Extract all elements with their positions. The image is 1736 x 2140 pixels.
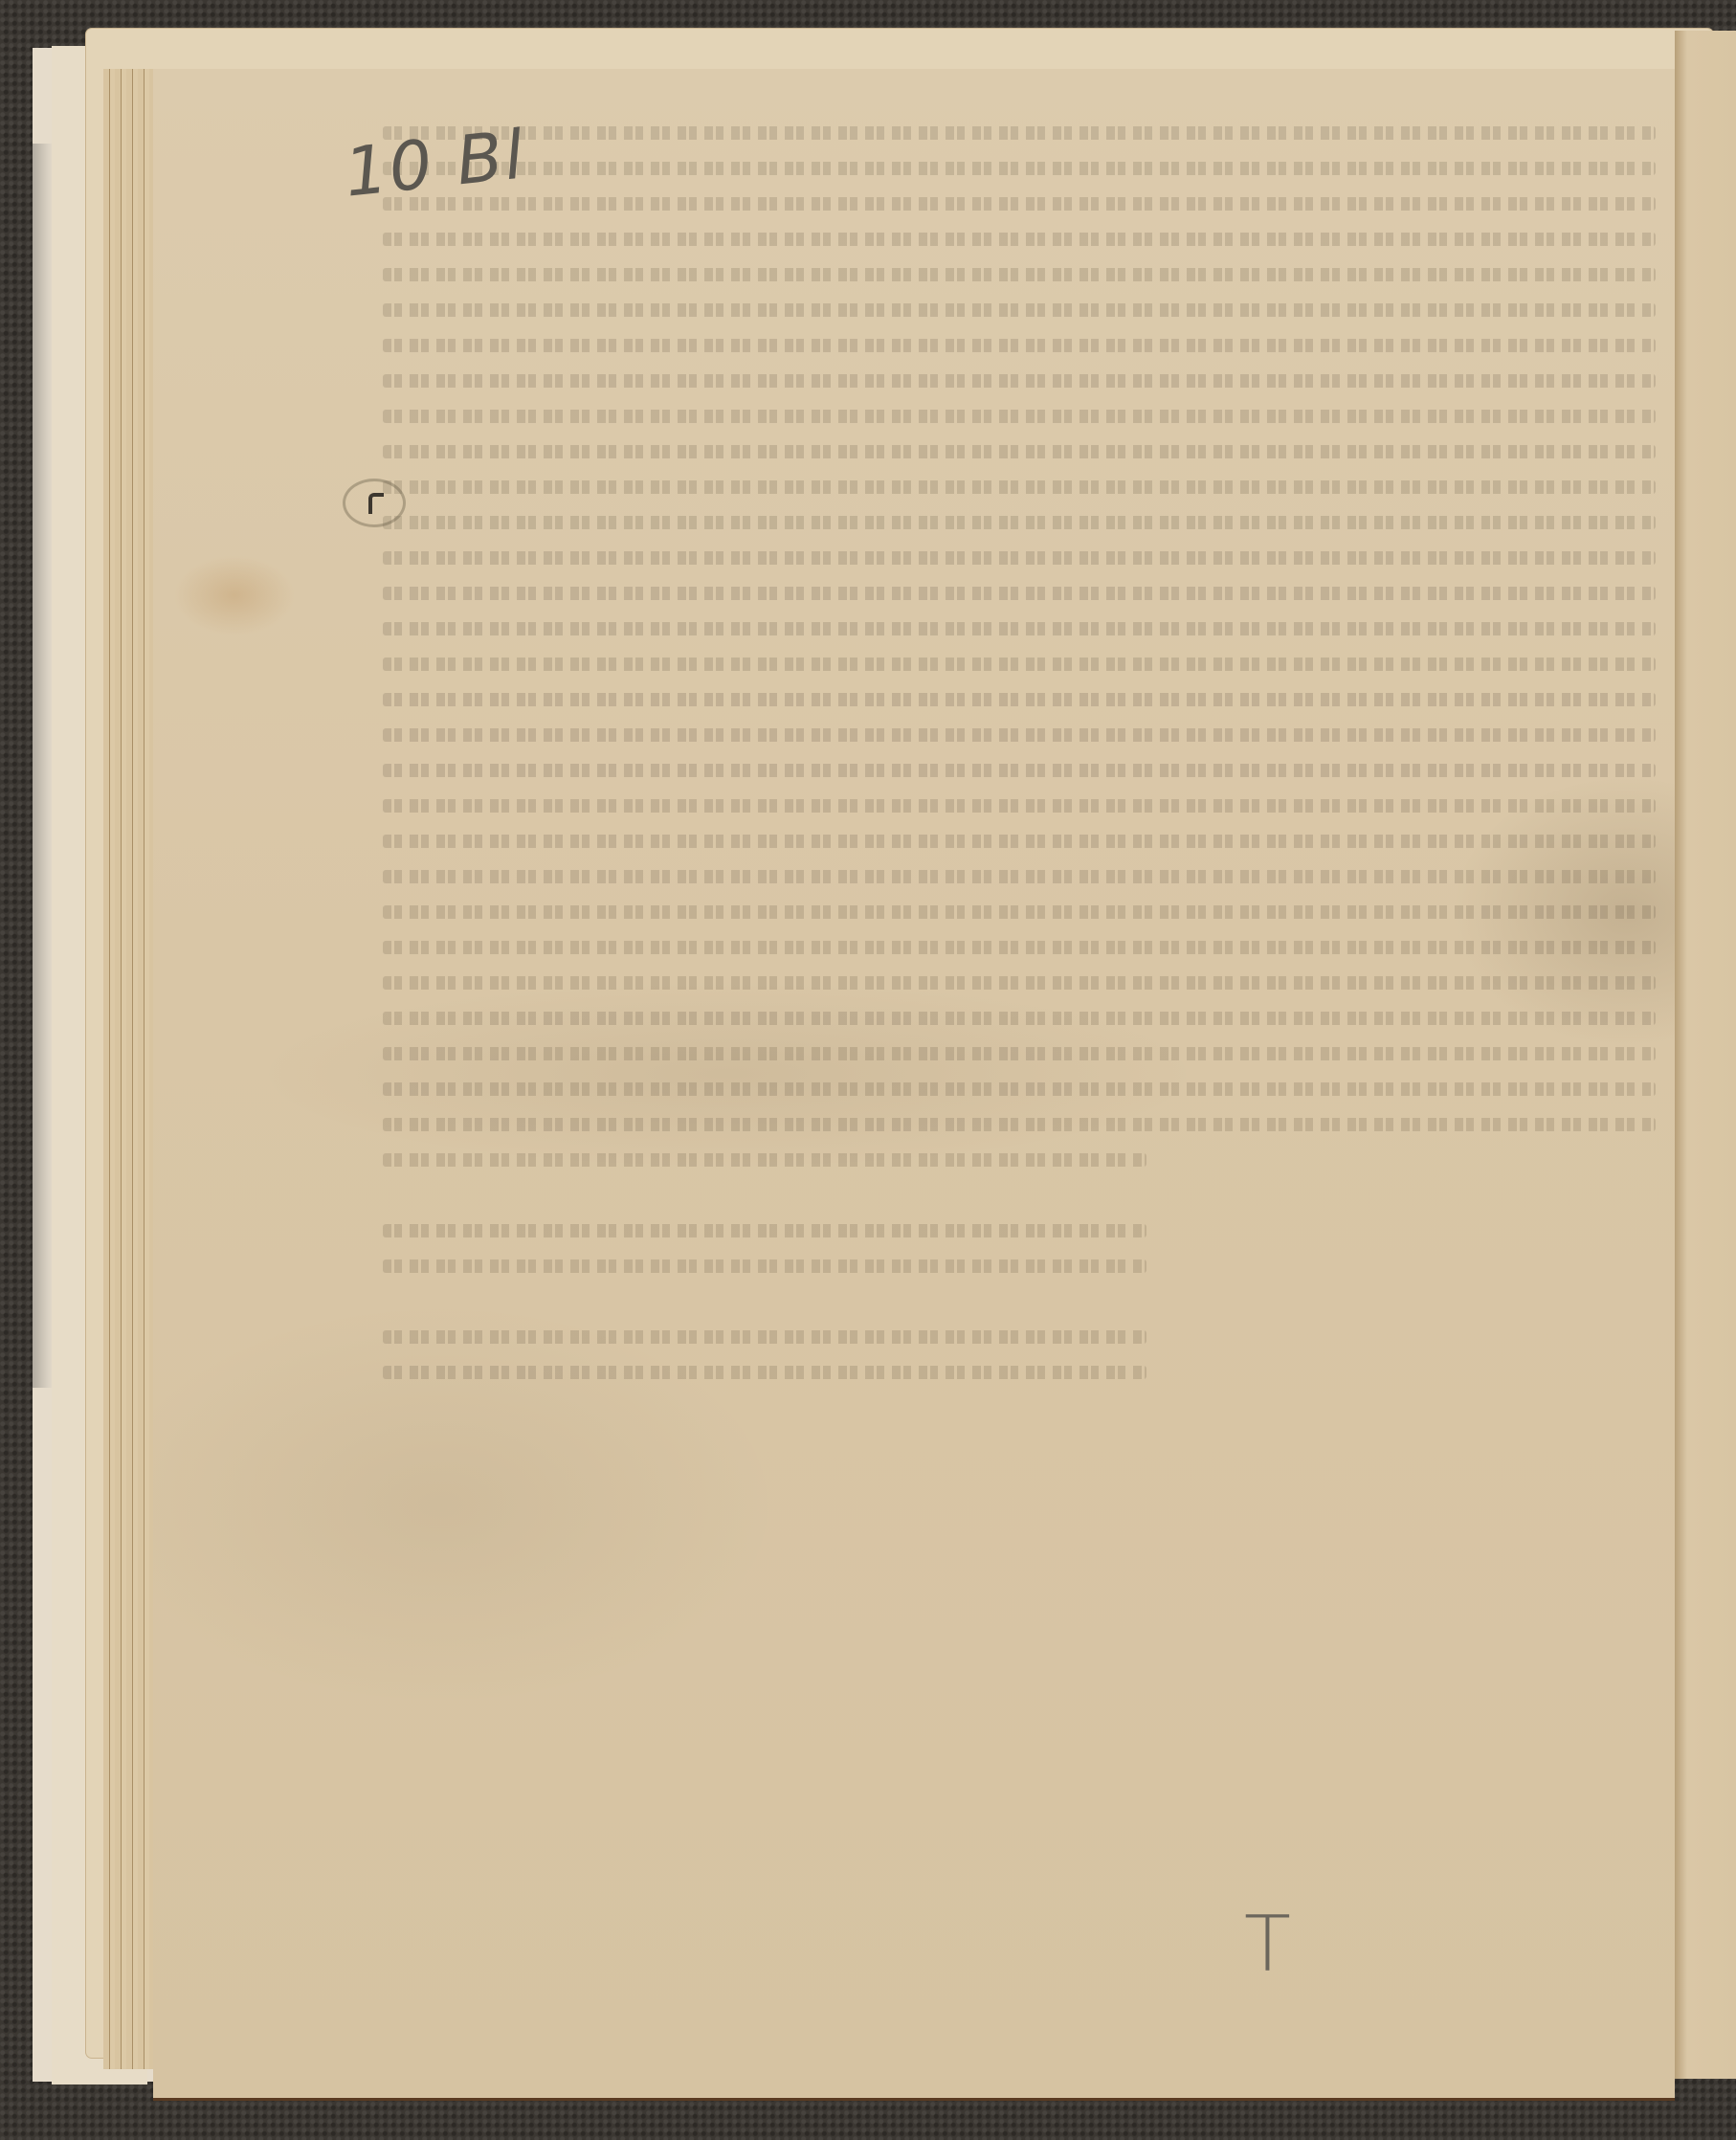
pencil-signature-mark: T — [1244, 1900, 1293, 1989]
page-edges — [103, 69, 161, 2069]
show-through-text — [383, 126, 1656, 1753]
stain-mark — [343, 479, 406, 527]
book-page — [153, 69, 1675, 2101]
facing-page-edge — [1675, 31, 1736, 2079]
